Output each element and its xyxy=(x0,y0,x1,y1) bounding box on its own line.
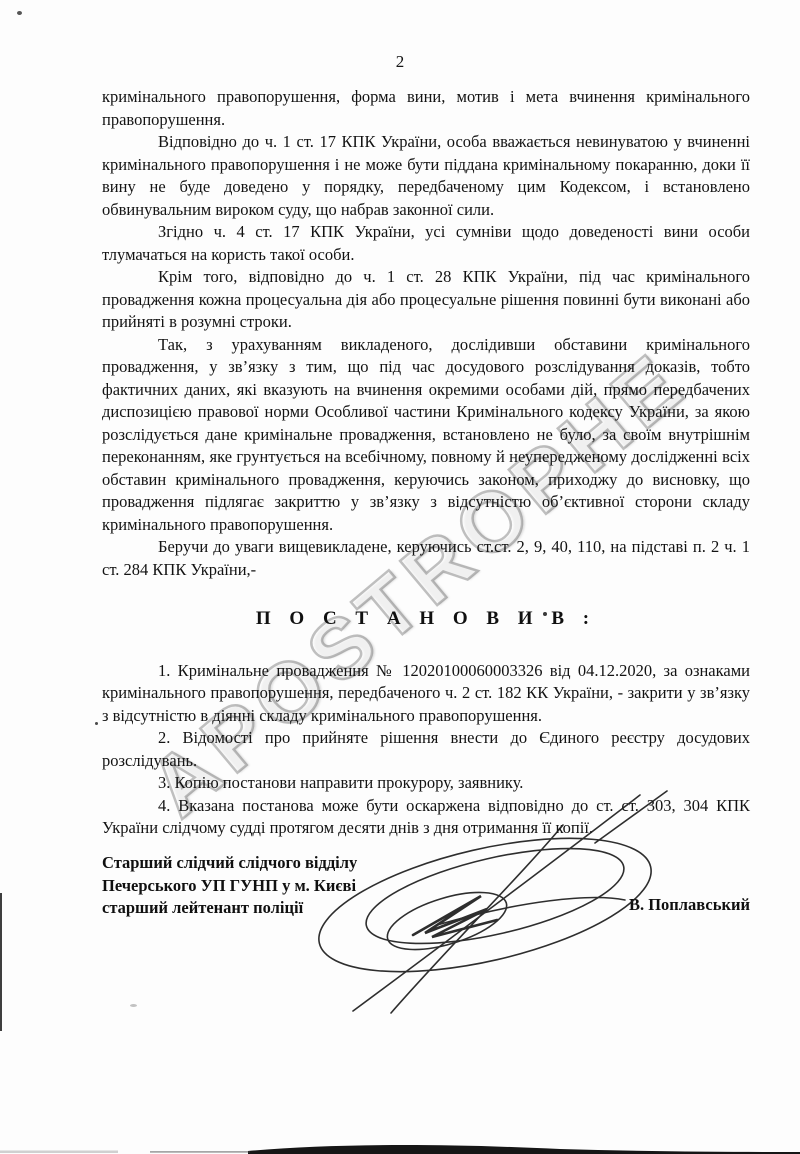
resolution-heading: П О С Т А Н О В И В : xyxy=(102,608,750,631)
resolution-item: 2. Відомості про прийняте рішення внести… xyxy=(102,727,750,772)
scan-speck xyxy=(543,612,547,616)
paragraph: Відповідно до ч. 1 ст. 17 КПК України, о… xyxy=(102,131,750,221)
resolution-item: 1. Кримінальне провадження № 12020100060… xyxy=(102,660,750,728)
paragraph: Крім того, відповідно до ч. 1 ст. 28 КПК… xyxy=(102,266,750,334)
page-number: 2 xyxy=(0,52,800,72)
scan-speck xyxy=(130,1004,137,1007)
document-body: кримінального правопорушення, форма вини… xyxy=(102,86,750,840)
scan-speck xyxy=(95,722,98,725)
scan-line-left-edge xyxy=(0,893,2,1031)
paragraph: Беручи до уваги вищевикладене, керуючись… xyxy=(102,536,750,581)
paragraph: Згідно ч. 4 ст. 17 КПК України, усі сумн… xyxy=(102,221,750,266)
scan-speck xyxy=(17,11,22,15)
handwritten-signature xyxy=(295,783,675,1018)
scan-shadow-bottom xyxy=(0,1140,800,1154)
paragraph: Так, з урахуванням викладеного, дослідив… xyxy=(102,334,750,537)
scanned-document-page: APOSTROPHE 2 кримінального правопорушенн… xyxy=(0,0,800,1154)
paragraph: кримінального правопорушення, форма вини… xyxy=(102,86,750,131)
